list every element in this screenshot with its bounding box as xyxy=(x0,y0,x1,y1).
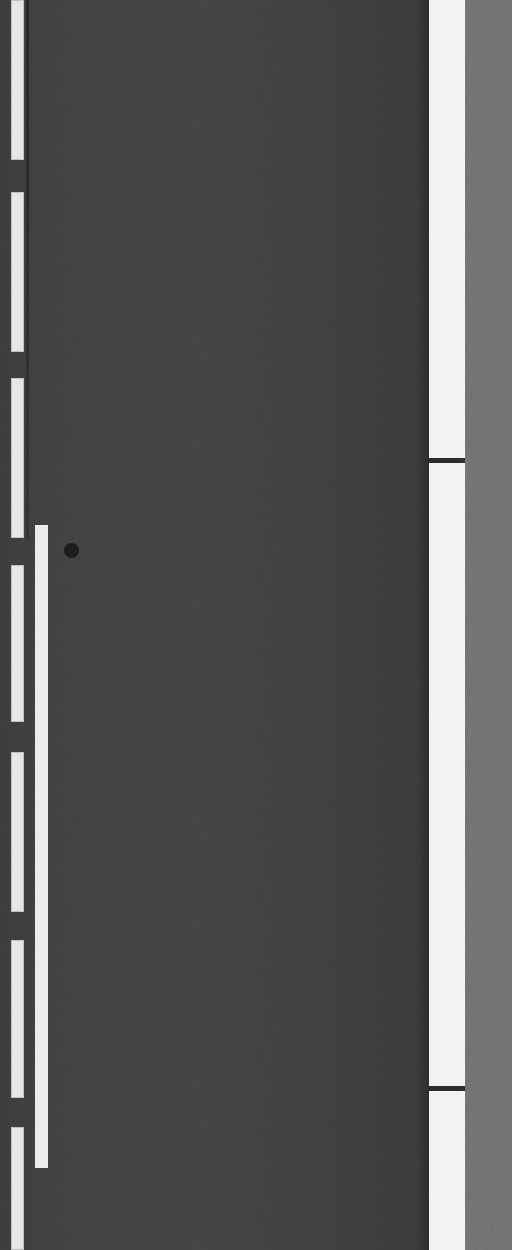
dashed-lane-mark xyxy=(11,752,24,912)
dashed-lane-mark xyxy=(11,565,24,722)
right-edge-line xyxy=(429,0,465,1250)
edge-line-break xyxy=(429,1086,465,1091)
inner-solid-lane-line xyxy=(35,525,48,1168)
edge-shadow xyxy=(418,0,429,1250)
dashed-lane-mark xyxy=(11,0,24,160)
dashed-lane-mark xyxy=(11,378,24,538)
dashed-lane-mark xyxy=(11,192,24,352)
dashed-lane-mark xyxy=(11,940,24,1098)
road-aerial-image xyxy=(0,0,512,1250)
dashed-lane-mark xyxy=(11,1127,24,1250)
edge-line-break xyxy=(429,458,465,463)
asphalt-seam-crack xyxy=(26,0,29,540)
pothole xyxy=(64,543,79,558)
road-shoulder xyxy=(465,0,512,1250)
